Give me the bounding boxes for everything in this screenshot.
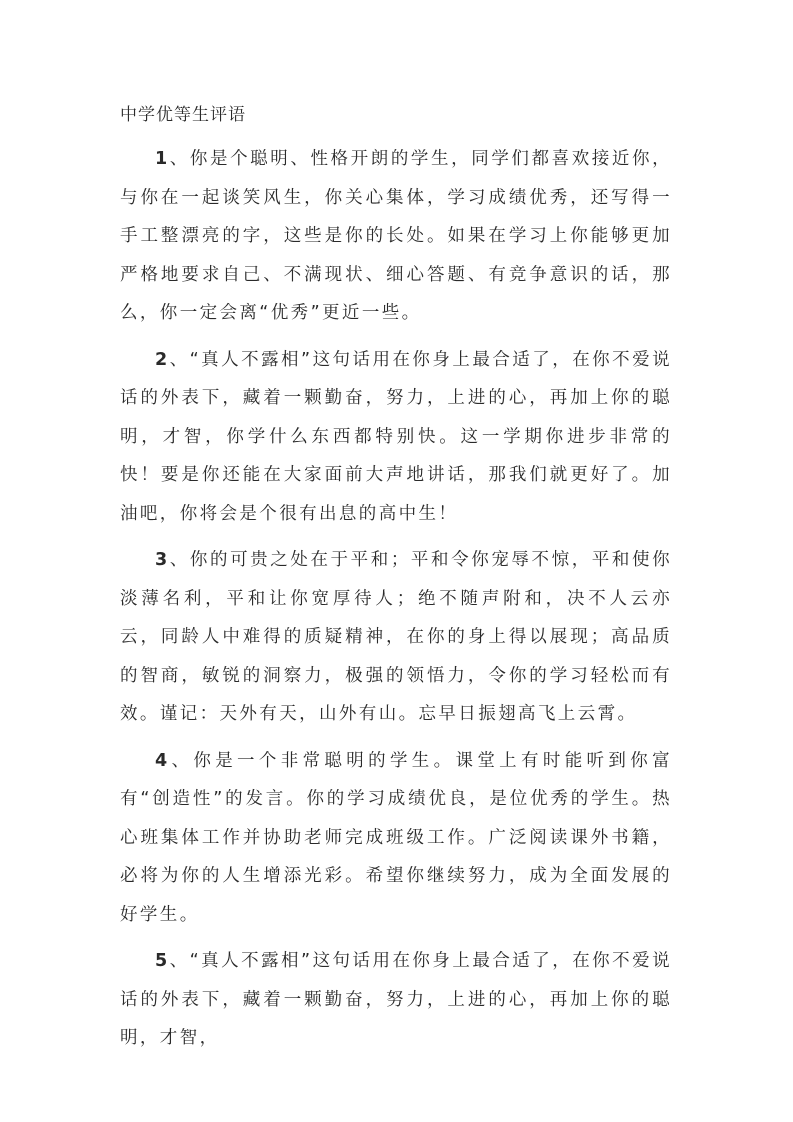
paragraph-number: 4 — [155, 751, 170, 771]
paragraph-text: 、你的可贵之处在于平和；平和令你宠辱不惊，平和使你淡薄名利，平和让你宽厚待人；绝… — [120, 550, 672, 724]
comment-paragraph-3: 3、你的可贵之处在于平和；平和令你宠辱不惊，平和使你淡薄名利，平和让你宽厚待人；… — [120, 541, 672, 734]
paragraph-text: 、你是个聪明、性格开朗的学生，同学们都喜欢接近你，与你在一起谈笑风生，你关心集体… — [120, 149, 672, 323]
paragraph-text: 、你是一个非常聪明的学生。课堂上有时能听到你富有“创造性”的发言。你的学习成绩优… — [120, 751, 672, 925]
comment-paragraph-4: 4、你是一个非常聪明的学生。课堂上有时能听到你富有“创造性”的发言。你的学习成绩… — [120, 742, 672, 935]
paragraph-number: 5 — [155, 951, 170, 971]
comment-paragraph-5: 5、“真人不露相”这句话用在你身上最合适了，在你不爱说话的外表下，藏着一颗勤奋，… — [120, 942, 672, 1058]
document-page: 中学优等生评语 1、你是个聪明、性格开朗的学生，同学们都喜欢接近你，与你在一起谈… — [120, 100, 672, 1066]
paragraph-number: 3 — [155, 550, 170, 570]
paragraph-text: 、“真人不露相”这句话用在你身上最合适了，在你不爱说话的外表下，藏着一颗勤奋，努… — [120, 951, 672, 1048]
comment-paragraph-2: 2、“真人不露相”这句话用在你身上最合适了，在你不爱说话的外表下，藏着一颗勤奋，… — [120, 341, 672, 534]
paragraph-text: 、“真人不露相”这句话用在你身上最合适了，在你不爱说话的外表下，藏着一颗勤奋，努… — [120, 350, 672, 524]
comment-paragraph-1: 1、你是个聪明、性格开朗的学生，同学们都喜欢接近你，与你在一起谈笑风生，你关心集… — [120, 140, 672, 333]
paragraph-number: 2 — [155, 350, 170, 370]
paragraph-number: 1 — [155, 149, 170, 169]
document-title: 中学优等生评语 — [120, 100, 672, 130]
